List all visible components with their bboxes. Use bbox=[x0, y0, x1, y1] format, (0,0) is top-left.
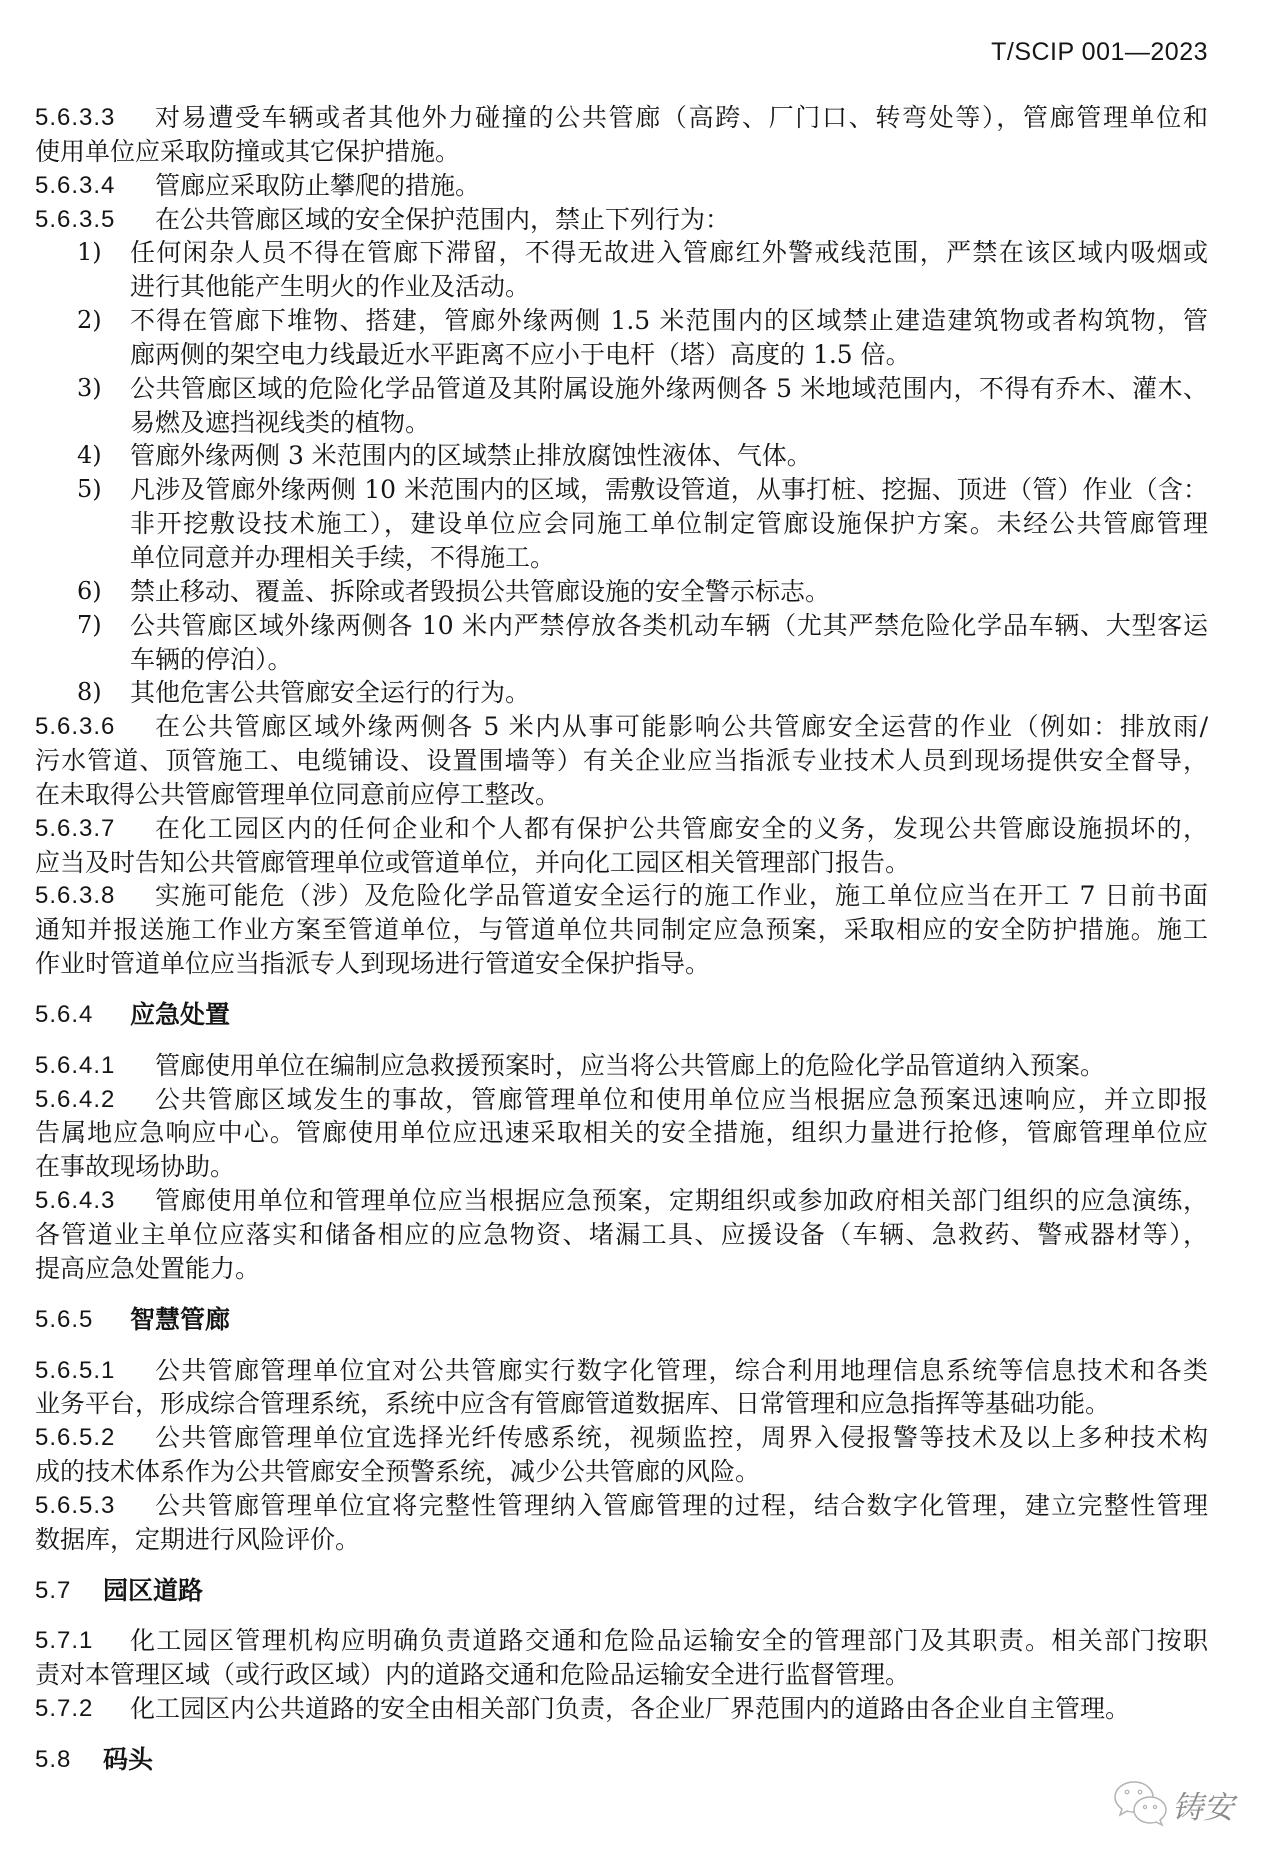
list-item-text: 车辆的停泊）。 bbox=[130, 643, 1208, 677]
clause-number: 5.7.2 bbox=[35, 1692, 130, 1726]
list-item-text: 公共管廊区域外缘两侧各 10 米内严禁停放各类机动车辆（尤其严禁危险化学品车辆、… bbox=[130, 609, 1208, 643]
list-item-2: 2) 不得在管廊下堆物、搭建，管廊外缘两侧 1.5 米范围内的区域禁止建造建筑物… bbox=[35, 304, 1208, 372]
heading-title: 园区道路 bbox=[103, 1574, 1208, 1608]
clause-text: 责对本管理区域（或行政区域）内的道路交通和危险品运输安全进行监督管理。 bbox=[35, 1658, 1208, 1692]
clause-text: 在事故现场协助。 bbox=[35, 1150, 1208, 1184]
heading-title: 智慧管廊 bbox=[130, 1303, 1208, 1337]
clause-5-6-3-6: 5.6.3.6 在公共管廊区域外缘两侧各 5 米内从事可能影响公共管廊安全运营的… bbox=[35, 710, 1208, 812]
list-item-line: 3) 公共管廊区域的危险化学品管道及其附属设施外缘两侧各 5 米地域范围内，不得… bbox=[35, 372, 1208, 406]
clause-text: 业务平台，形成综合管理系统，系统中应含有管廊管道数据库、日常管理和应急指挥等基础… bbox=[35, 1387, 1208, 1421]
clause-5-6-4-1: 5.6.4.1 管廊使用单位在编制应急救援预案时，应当将公共管廊上的危险化学品管… bbox=[35, 1049, 1208, 1083]
clause-line: 5.6.3.3 对易遭受车辆或者其他外力碰撞的公共管廊（高跨、厂门口、转弯处等）… bbox=[35, 101, 1208, 135]
list-item-text: 单位同意并办理相关手续，不得施工。 bbox=[130, 541, 1208, 575]
clause-5-6-4-2: 5.6.4.2 公共管廊区域发生的事故，管廊管理单位和使用单位应当根据应急预案迅… bbox=[35, 1083, 1208, 1185]
heading-title: 应急处置 bbox=[130, 998, 1208, 1032]
clause-text: 在公共管廊区域的安全保护范围内，禁止下列行为： bbox=[155, 203, 1208, 237]
clause-text: 各管道业主单位应落实和储备相应的应急物资、堵漏工具、应援设备（车辆、急救药、警戒… bbox=[35, 1218, 1208, 1252]
clause-line: 5.6.5.2 公共管廊管理单位宜选择光纤传感系统，视频监控，周界入侵报警等技术… bbox=[35, 1421, 1208, 1455]
clause-text: 使用单位应采取防撞或其它保护措施。 bbox=[35, 135, 1208, 169]
list-item-line: 单位同意并办理相关手续，不得施工。 bbox=[35, 541, 1208, 575]
watermark: 铸安 bbox=[1112, 1778, 1234, 1827]
clause-5-6-5-1: 5.6.5.1 公共管廊管理单位宜对公共管廊实行数字化管理，综合利用地理信息系统… bbox=[35, 1354, 1208, 1422]
clause-line: 在未取得公共管廊管理单位同意前应停工整改。 bbox=[35, 778, 1208, 812]
list-item-4: 4) 管廊外缘两侧 3 米范围内的区域禁止排放腐蚀性液体、气体。 bbox=[35, 439, 1208, 473]
list-item-text: 禁止移动、覆盖、拆除或者毁损公共管廊设施的安全警示标志。 bbox=[130, 575, 1208, 609]
list-item-number: 1) bbox=[77, 236, 130, 270]
list-item-number: 3) bbox=[77, 372, 130, 406]
section-heading-5-7: 5.7 园区道路 bbox=[35, 1574, 1208, 1608]
section-heading-5-6-4: 5.6.4 应急处置 bbox=[35, 998, 1208, 1032]
section-heading-5-8: 5.8 码头 bbox=[35, 1743, 1208, 1777]
watermark-text: 铸安 bbox=[1172, 1782, 1234, 1827]
list-item-line: 车辆的停泊）。 bbox=[35, 643, 1208, 677]
clause-text: 管廊使用单位在编制应急救援预案时，应当将公共管廊上的危险化学品管道纳入预案。 bbox=[155, 1049, 1208, 1083]
list-item-line: 2) 不得在管廊下堆物、搭建，管廊外缘两侧 1.5 米范围内的区域禁止建造建筑物… bbox=[35, 304, 1208, 338]
list-item-1: 1) 任何闲杂人员不得在管廊下滞留，不得无故进入管廊红外警戒线范围，严禁在该区域… bbox=[35, 236, 1208, 304]
clause-5-7-2: 5.7.2 化工园区内公共道路的安全由相关部门负责，各企业厂界范围内的道路由各企… bbox=[35, 1692, 1208, 1726]
clause-text: 化工园区管理机构应明确负责道路交通和危险品运输安全的管理部门及其职责。相关部门按… bbox=[130, 1624, 1208, 1658]
clause-number: 5.6.4.2 bbox=[35, 1083, 155, 1117]
list-item-text: 凡涉及管廊外缘两侧 10 米范围内的区域，需敷设管道，从事打桩、挖掘、顶进（管）… bbox=[130, 473, 1208, 507]
clause-number: 5.7.1 bbox=[35, 1624, 130, 1658]
clause-line: 使用单位应采取防撞或其它保护措施。 bbox=[35, 135, 1208, 169]
clause-text: 数据库，定期进行风险评价。 bbox=[35, 1523, 1208, 1557]
clause-line: 5.6.3.6 在公共管廊区域外缘两侧各 5 米内从事可能影响公共管廊安全运营的… bbox=[35, 710, 1208, 744]
clause-line: 各管道业主单位应落实和储备相应的应急物资、堵漏工具、应援设备（车辆、急救药、警戒… bbox=[35, 1218, 1208, 1252]
clause-text: 化工园区内公共道路的安全由相关部门负责，各企业厂界范围内的道路由各企业自主管理。 bbox=[130, 1692, 1208, 1726]
list-item-8: 8) 其他危害公共管廊安全运行的行为。 bbox=[35, 676, 1208, 710]
list-item-text: 管廊外缘两侧 3 米范围内的区域禁止排放腐蚀性液体、气体。 bbox=[130, 439, 1208, 473]
clause-text: 公共管廊管理单位宜选择光纤传感系统，视频监控，周界入侵报警等技术及以上多种技术构 bbox=[155, 1421, 1208, 1455]
list-item-line: 7) 公共管廊区域外缘两侧各 10 米内严禁停放各类机动车辆（尤其严禁危险化学品… bbox=[35, 609, 1208, 643]
clause-number: 5.6.3.7 bbox=[35, 812, 155, 846]
list-item-line: 6) 禁止移动、覆盖、拆除或者毁损公共管廊设施的安全警示标志。 bbox=[35, 575, 1208, 609]
clause-text: 公共管廊管理单位宜将完整性管理纳入管廊管理的过程，结合数字化管理，建立完整性管理 bbox=[155, 1489, 1208, 1523]
list-item-text: 公共管廊区域的危险化学品管道及其附属设施外缘两侧各 5 米地域范围内，不得有乔木… bbox=[130, 372, 1208, 406]
list-item-6: 6) 禁止移动、覆盖、拆除或者毁损公共管廊设施的安全警示标志。 bbox=[35, 575, 1208, 609]
clause-line: 在事故现场协助。 bbox=[35, 1150, 1208, 1184]
clause-5-6-3-5: 5.6.3.5 在公共管廊区域的安全保护范围内，禁止下列行为： bbox=[35, 203, 1208, 237]
document-body: 5.6.3.3 对易遭受车辆或者其他外力碰撞的公共管廊（高跨、厂门口、转弯处等）… bbox=[35, 101, 1208, 1794]
clause-number: 5.6.3.4 bbox=[35, 169, 155, 203]
list-item-text: 廊两侧的架空电力线最近水平距离不应小于电杆（塔）高度的 1.5 倍。 bbox=[130, 338, 1208, 372]
clause-line: 5.6.4.2 公共管廊区域发生的事故，管廊管理单位和使用单位应当根据应急预案迅… bbox=[35, 1083, 1208, 1117]
clause-text: 实施可能危（涉）及危险化学品管道安全运行的施工作业，施工单位应当在开工 7 日前… bbox=[155, 879, 1208, 913]
list-item-line: 1) 任何闲杂人员不得在管廊下滞留，不得无故进入管廊红外警戒线范围，严禁在该区域… bbox=[35, 236, 1208, 270]
clause-line: 成的技术体系作为公共管廊安全预警系统，减少公共管廊的风险。 bbox=[35, 1455, 1208, 1489]
clause-line: 应当及时告知公共管廊管理单位或管道单位，并向化工园区相关管理部门报告。 bbox=[35, 846, 1208, 880]
heading-title: 码头 bbox=[103, 1743, 1208, 1777]
list-item-line: 4) 管廊外缘两侧 3 米范围内的区域禁止排放腐蚀性液体、气体。 bbox=[35, 439, 1208, 473]
clause-5-6-3-3: 5.6.3.3 对易遭受车辆或者其他外力碰撞的公共管廊（高跨、厂门口、转弯处等）… bbox=[35, 101, 1208, 169]
list-item-3: 3) 公共管廊区域的危险化学品管道及其附属设施外缘两侧各 5 米地域范围内，不得… bbox=[35, 372, 1208, 440]
clause-5-7-1: 5.7.1 化工园区管理机构应明确负责道路交通和危险品运输安全的管理部门及其职责… bbox=[35, 1624, 1208, 1692]
list-item-7: 7) 公共管廊区域外缘两侧各 10 米内严禁停放各类机动车辆（尤其严禁危险化学品… bbox=[35, 609, 1208, 677]
list-item-number: 8) bbox=[77, 676, 130, 710]
clause-text: 在化工园区内的任何企业和个人都有保护公共管廊安全的义务，发现公共管廊设施损坏的， bbox=[155, 812, 1208, 846]
list-item-line: 8) 其他危害公共管廊安全运行的行为。 bbox=[35, 676, 1208, 710]
list-item-number: 7) bbox=[77, 609, 130, 643]
clause-number: 5.6.5.3 bbox=[35, 1489, 155, 1523]
list-item-number: 4) bbox=[77, 439, 130, 473]
clause-number: 5.6.5.1 bbox=[35, 1354, 155, 1388]
clause-number: 5.6.5.2 bbox=[35, 1421, 155, 1455]
clause-line: 5.7.2 化工园区内公共道路的安全由相关部门负责，各企业厂界范围内的道路由各企… bbox=[35, 1692, 1208, 1726]
heading-number: 5.8 bbox=[35, 1743, 103, 1777]
clause-number: 5.6.3.8 bbox=[35, 879, 155, 913]
list-item-line: 进行其他能产生明火的作业及活动。 bbox=[35, 270, 1208, 304]
clause-5-6-5-3: 5.6.5.3 公共管廊管理单位宜将完整性管理纳入管廊管理的过程，结合数字化管理… bbox=[35, 1489, 1208, 1557]
clause-text: 提高应急处置能力。 bbox=[35, 1252, 1208, 1286]
section-heading-5-6-5: 5.6.5 智慧管廊 bbox=[35, 1303, 1208, 1337]
clause-line: 5.6.3.7 在化工园区内的任何企业和个人都有保护公共管廊安全的义务，发现公共… bbox=[35, 812, 1208, 846]
clause-text: 作业时管道单位应当指派专人到现场进行管道安全保护指导。 bbox=[35, 947, 1208, 981]
clause-text: 对易遭受车辆或者其他外力碰撞的公共管廊（高跨、厂门口、转弯处等），管廊管理单位和 bbox=[155, 101, 1208, 135]
clause-text: 污水管道、顶管施工、电缆铺设、设置围墙等）有关企业应当指派专业技术人员到现场提供… bbox=[35, 744, 1208, 778]
wechat-icon bbox=[1112, 1779, 1168, 1827]
list-item-number: 5) bbox=[77, 473, 130, 507]
list-item-line: 易燃及遮挡视线类的植物。 bbox=[35, 406, 1208, 440]
list-item-number: 6) bbox=[77, 575, 130, 609]
clause-number: 5.6.3.6 bbox=[35, 710, 155, 744]
clause-line: 业务平台，形成综合管理系统，系统中应含有管廊管道数据库、日常管理和应急指挥等基础… bbox=[35, 1387, 1208, 1421]
list-item-text: 非开挖敷设技术施工），建设单位应会同施工单位制定管廊设施保护方案。未经公共管廊管… bbox=[130, 507, 1208, 541]
clause-line: 责对本管理区域（或行政区域）内的道路交通和危险品运输安全进行监督管理。 bbox=[35, 1658, 1208, 1692]
clause-line: 5.6.5.1 公共管廊管理单位宜对公共管廊实行数字化管理，综合利用地理信息系统… bbox=[35, 1354, 1208, 1388]
list-item-text: 进行其他能产生明火的作业及活动。 bbox=[130, 270, 1208, 304]
clause-text: 成的技术体系作为公共管廊安全预警系统，减少公共管廊的风险。 bbox=[35, 1455, 1208, 1489]
clause-5-6-5-2: 5.6.5.2 公共管廊管理单位宜选择光纤传感系统，视频监控，周界入侵报警等技术… bbox=[35, 1421, 1208, 1489]
list-item-text: 任何闲杂人员不得在管廊下滞留，不得无故进入管廊红外警戒线范围，严禁在该区域内吸烟… bbox=[130, 236, 1208, 270]
heading-number: 5.7 bbox=[35, 1574, 103, 1608]
clause-text: 告属地应急响应中心。管廊使用单位应迅速采取相关的安全措施，组织力量进行抢修，管廊… bbox=[35, 1116, 1208, 1150]
clause-line: 通知并报送施工作业方案至管道单位，与管道单位共同制定应急预案，采取相应的安全防护… bbox=[35, 913, 1208, 947]
clause-line: 提高应急处置能力。 bbox=[35, 1252, 1208, 1286]
clause-line: 污水管道、顶管施工、电缆铺设、设置围墙等）有关企业应当指派专业技术人员到现场提供… bbox=[35, 744, 1208, 778]
heading-number: 5.6.5 bbox=[35, 1303, 130, 1337]
clause-5-6-3-4: 5.6.3.4 管廊应采取防止攀爬的措施。 bbox=[35, 169, 1208, 203]
heading-number: 5.6.4 bbox=[35, 998, 130, 1032]
clause-number: 5.6.4.1 bbox=[35, 1049, 155, 1083]
list-item-number: 2) bbox=[77, 304, 130, 338]
list-item-line: 5) 凡涉及管廊外缘两侧 10 米范围内的区域，需敷设管道，从事打桩、挖掘、顶进… bbox=[35, 473, 1208, 507]
clause-5-6-3-7: 5.6.3.7 在化工园区内的任何企业和个人都有保护公共管廊安全的义务，发现公共… bbox=[35, 812, 1208, 880]
standard-code: T/SCIP 001—2023 bbox=[991, 37, 1208, 67]
clause-number: 5.6.4.3 bbox=[35, 1184, 155, 1218]
clause-line: 5.6.3.4 管廊应采取防止攀爬的措施。 bbox=[35, 169, 1208, 203]
list-item-text: 其他危害公共管廊安全运行的行为。 bbox=[130, 676, 1208, 710]
clause-line: 5.7.1 化工园区管理机构应明确负责道路交通和危险品运输安全的管理部门及其职责… bbox=[35, 1624, 1208, 1658]
clause-line: 5.6.4.1 管廊使用单位在编制应急救援预案时，应当将公共管廊上的危险化学品管… bbox=[35, 1049, 1208, 1083]
clause-5-6-3-8: 5.6.3.8 实施可能危（涉）及危险化学品管道安全运行的施工作业，施工单位应当… bbox=[35, 879, 1208, 981]
clause-5-6-4-3: 5.6.4.3 管廊使用单位和管理单位应当根据应急预案，定期组织或参加政府相关部… bbox=[35, 1184, 1208, 1286]
clause-line: 作业时管道单位应当指派专人到现场进行管道安全保护指导。 bbox=[35, 947, 1208, 981]
clause-number: 5.6.3.3 bbox=[35, 101, 155, 135]
clause-line: 5.6.5.3 公共管廊管理单位宜将完整性管理纳入管廊管理的过程，结合数字化管理… bbox=[35, 1489, 1208, 1523]
document-page: T/SCIP 001—2023 5.6.3.3 对易遭受车辆或者其他外力碰撞的公… bbox=[0, 0, 1280, 1863]
list-item-text: 不得在管廊下堆物、搭建，管廊外缘两侧 1.5 米范围内的区域禁止建造建筑物或者构… bbox=[130, 304, 1208, 338]
clause-line: 5.6.3.5 在公共管廊区域的安全保护范围内，禁止下列行为： bbox=[35, 203, 1208, 237]
clause-text: 公共管廊管理单位宜对公共管廊实行数字化管理，综合利用地理信息系统等信息技术和各类 bbox=[155, 1354, 1208, 1388]
clause-text: 在公共管廊区域外缘两侧各 5 米内从事可能影响公共管廊安全运营的作业（例如：排放… bbox=[155, 710, 1208, 744]
clause-line: 5.6.3.8 实施可能危（涉）及危险化学品管道安全运行的施工作业，施工单位应当… bbox=[35, 879, 1208, 913]
clause-text: 公共管廊区域发生的事故，管廊管理单位和使用单位应当根据应急预案迅速响应，并立即报 bbox=[155, 1083, 1208, 1117]
clause-line: 告属地应急响应中心。管廊使用单位应迅速采取相关的安全措施，组织力量进行抢修，管廊… bbox=[35, 1116, 1208, 1150]
clause-line: 5.6.4.3 管廊使用单位和管理单位应当根据应急预案，定期组织或参加政府相关部… bbox=[35, 1184, 1208, 1218]
clause-text: 通知并报送施工作业方案至管道单位，与管道单位共同制定应急预案，采取相应的安全防护… bbox=[35, 913, 1208, 947]
clause-text: 管廊使用单位和管理单位应当根据应急预案，定期组织或参加政府相关部门组织的应急演练… bbox=[155, 1184, 1208, 1218]
clause-line: 数据库，定期进行风险评价。 bbox=[35, 1523, 1208, 1557]
list-item-5: 5) 凡涉及管廊外缘两侧 10 米范围内的区域，需敷设管道，从事打桩、挖掘、顶进… bbox=[35, 473, 1208, 575]
list-item-text: 易燃及遮挡视线类的植物。 bbox=[130, 406, 1208, 440]
clause-text: 管廊应采取防止攀爬的措施。 bbox=[155, 169, 1208, 203]
list-item-line: 廊两侧的架空电力线最近水平距离不应小于电杆（塔）高度的 1.5 倍。 bbox=[35, 338, 1208, 372]
clause-text: 在未取得公共管廊管理单位同意前应停工整改。 bbox=[35, 778, 1208, 812]
list-item-line: 非开挖敷设技术施工），建设单位应会同施工单位制定管廊设施保护方案。未经公共管廊管… bbox=[35, 507, 1208, 541]
clause-number: 5.6.3.5 bbox=[35, 203, 155, 237]
clause-text: 应当及时告知公共管廊管理单位或管道单位，并向化工园区相关管理部门报告。 bbox=[35, 846, 1208, 880]
